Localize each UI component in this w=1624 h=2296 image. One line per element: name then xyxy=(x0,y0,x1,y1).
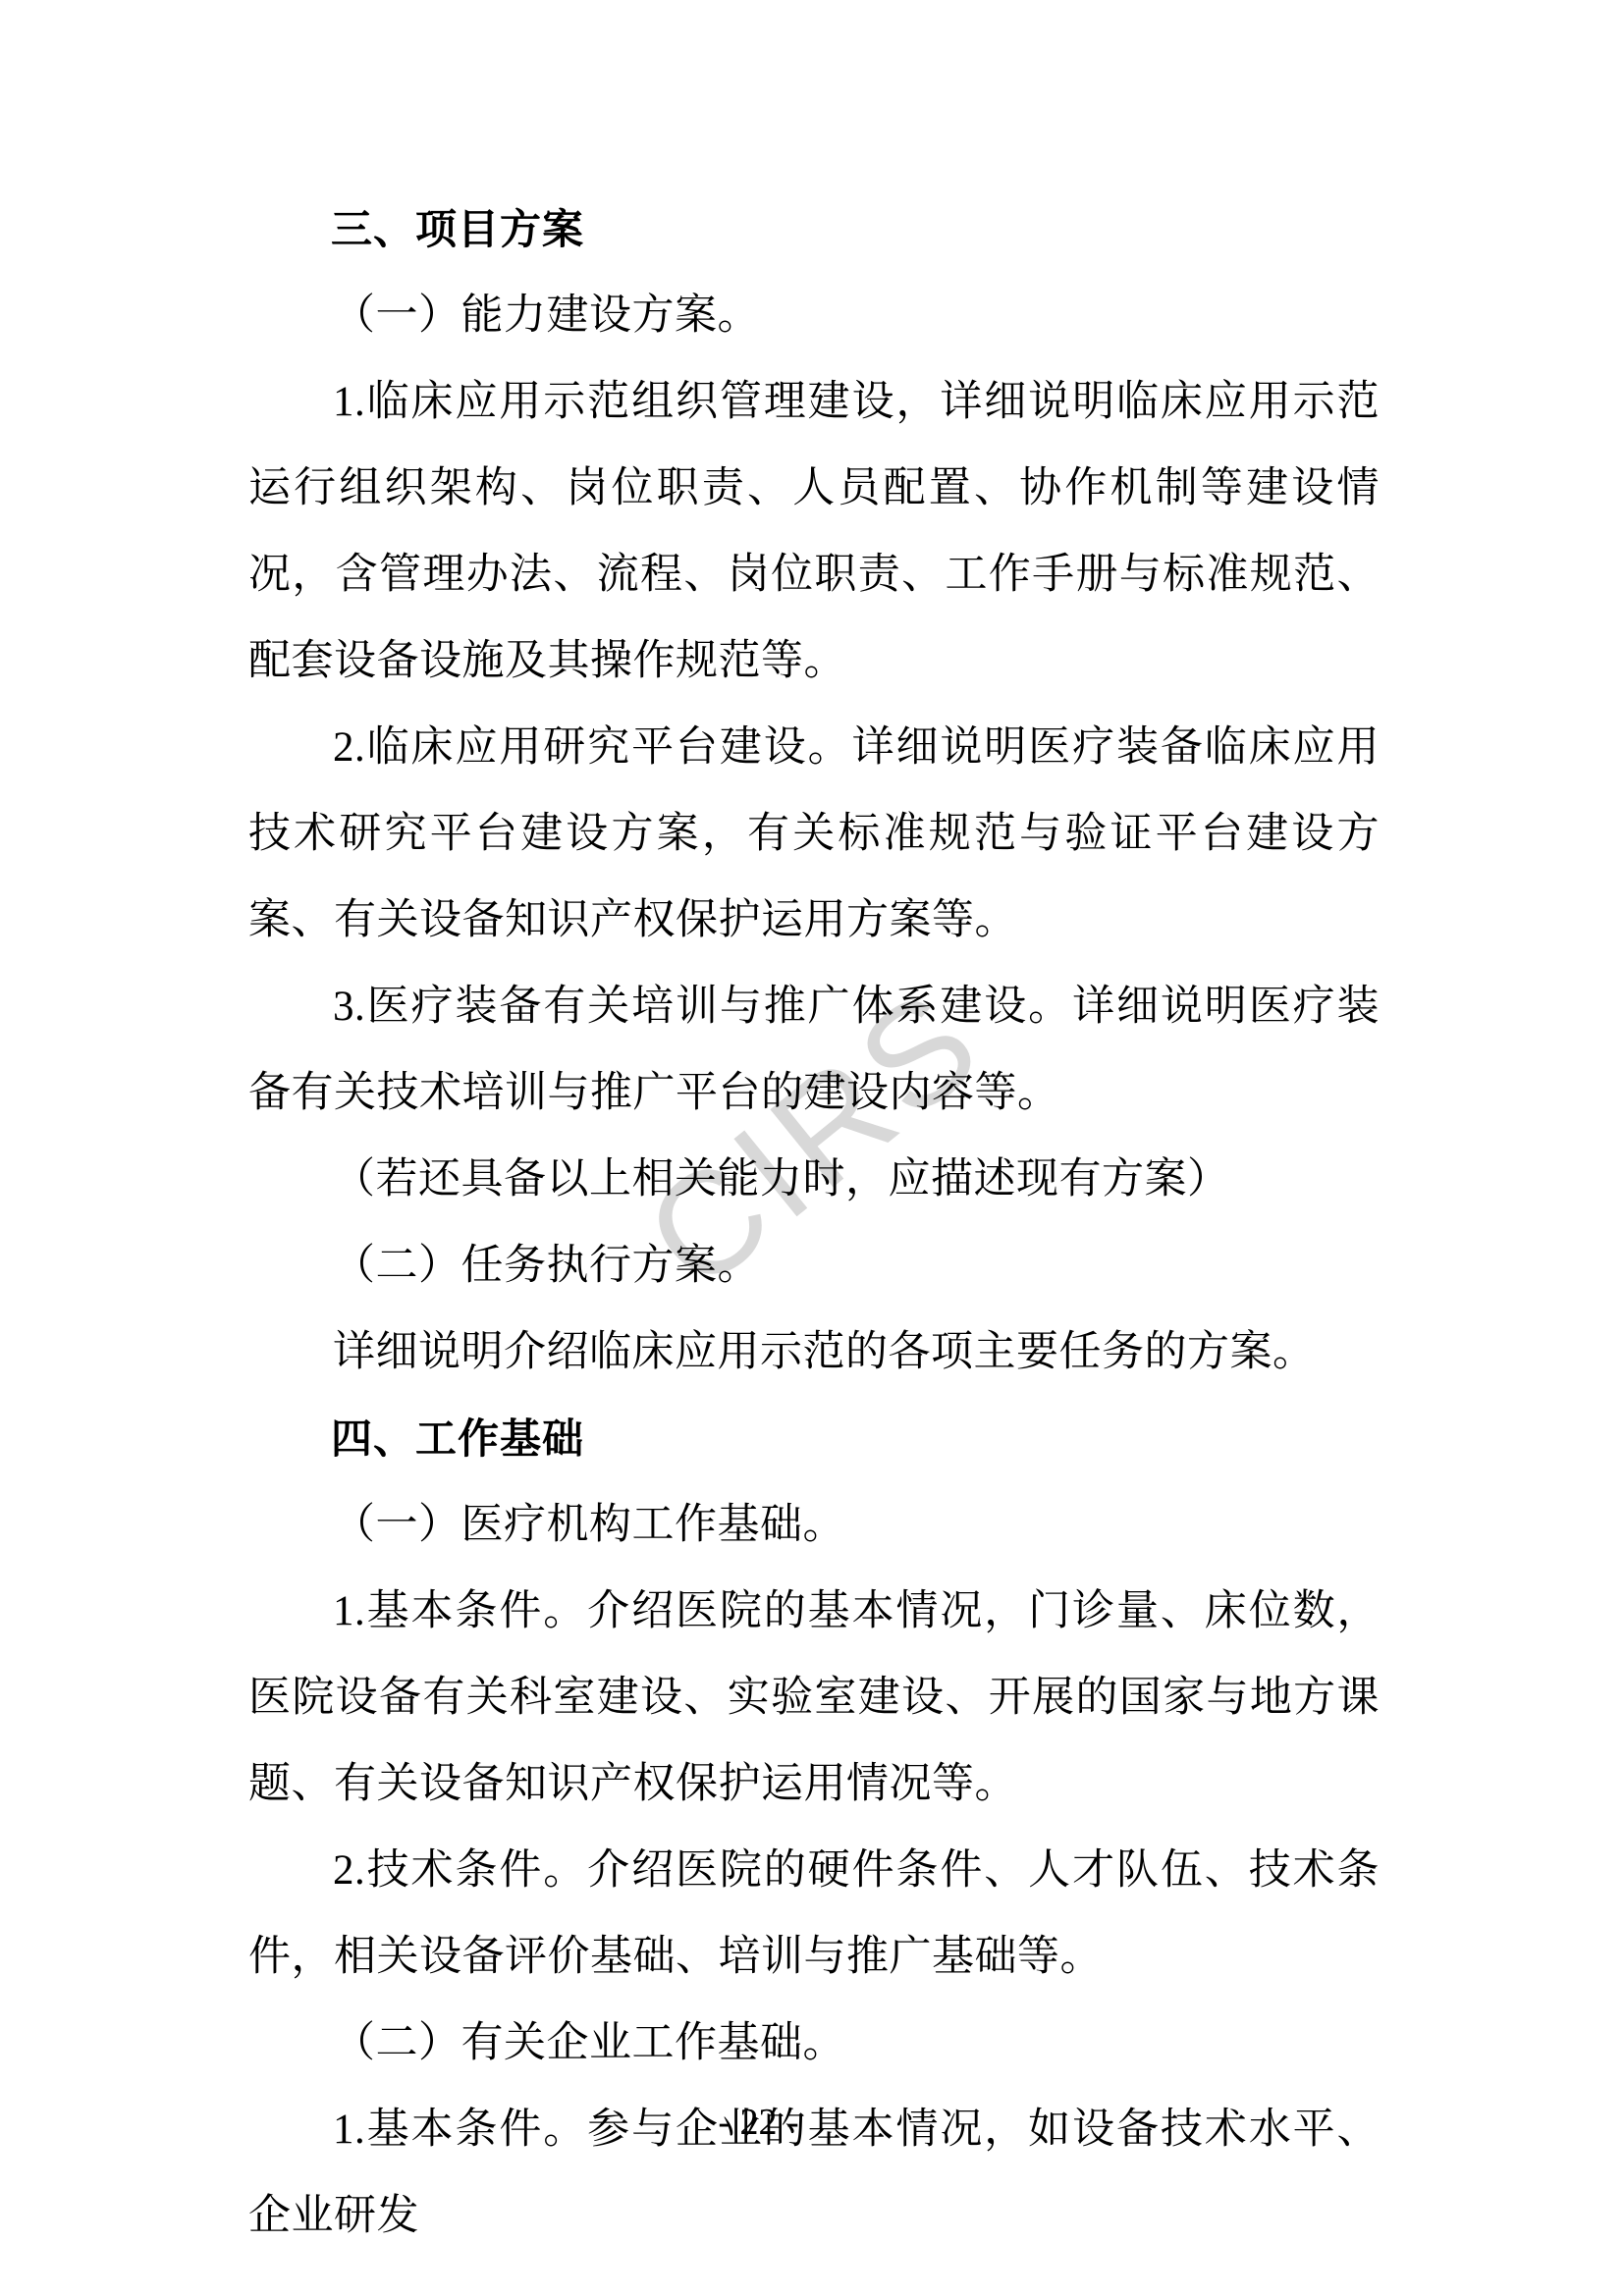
paragraph-item-2-research-platform: 2.临床应用研究平台建设。详细说明医疗装备临床应用技术研究平台建设方案，有关标准… xyxy=(248,705,1380,964)
page-number: - 22 - xyxy=(0,2101,1517,2144)
paragraph-medical-institution-basis-title: （一）医疗机构工作基础。 xyxy=(248,1482,1380,1569)
paragraph-hospital-basic-conditions: 1.基本条件。介绍医院的基本情况，门诊量、床位数，医院设备有关科室建设、实验室建… xyxy=(248,1569,1380,1828)
paragraph-note-existing-plan: （若还具备以上相关能力时，应描述现有方案） xyxy=(248,1137,1380,1223)
paragraph-enterprise-basis-title: （二）有关企业工作基础。 xyxy=(248,2001,1380,2087)
paragraph-hospital-technical-conditions: 2.技术条件。介绍医院的硬件条件、人才队伍、技术条件，相关设备评价基础、培训与推… xyxy=(248,1828,1380,2001)
document-page: CIRS 三、项目方案 （一）能力建设方案。 1.临床应用示范组织管理建设，详细… xyxy=(0,0,1624,2296)
section-heading-3: 三、项目方案 xyxy=(248,187,1380,273)
section-heading-4: 四、工作基础 xyxy=(248,1396,1380,1482)
paragraph-task-execution-desc: 详细说明介绍临床应用示范的各项主要任务的方案。 xyxy=(248,1309,1380,1396)
paragraph-capability-plan-title: （一）能力建设方案。 xyxy=(248,273,1380,359)
paragraph-item-3-training-system: 3.医疗装备有关培训与推广体系建设。详细说明医疗装备有关技术培训与推广平台的建设… xyxy=(248,964,1380,1137)
paragraph-task-execution-title: （二）任务执行方案。 xyxy=(248,1223,1380,1309)
paragraph-item-1-org-management: 1.临床应用示范组织管理建设，详细说明临床应用示范运行组织架构、岗位职责、人员配… xyxy=(248,359,1380,705)
document-body: 三、项目方案 （一）能力建设方案。 1.临床应用示范组织管理建设，详细说明临床应… xyxy=(248,187,1380,2260)
